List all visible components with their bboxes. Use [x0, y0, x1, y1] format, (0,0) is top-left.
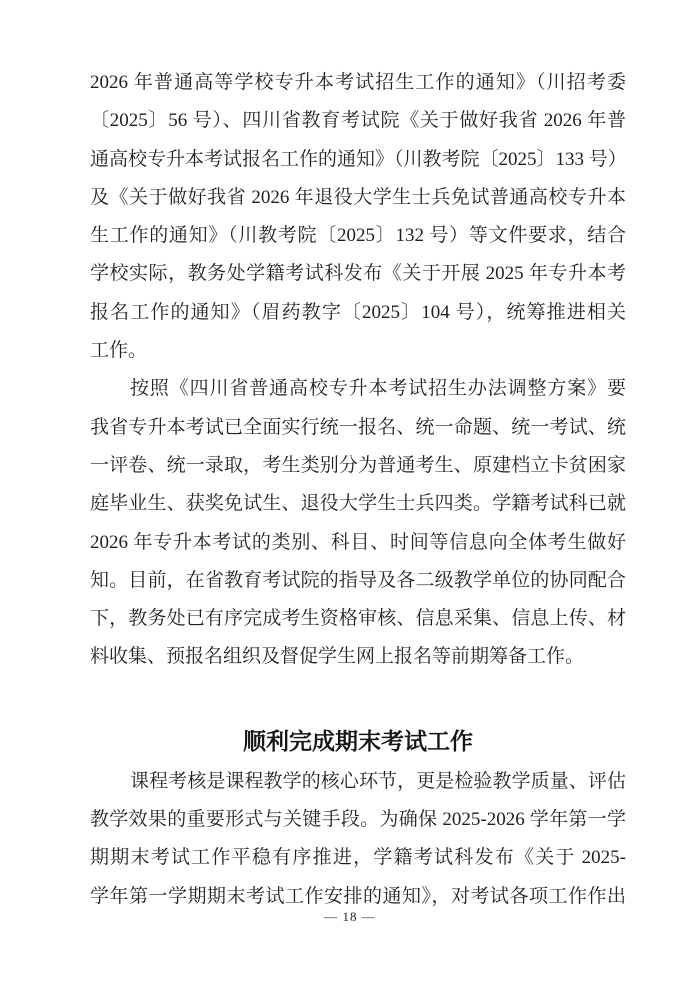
document-page: 2026 年普通高等学校专升本考试招生工作的通知》（川招考委〔2025〕56 号…	[0, 0, 700, 989]
text-line: 学校实际，教务处学籍考试科发布《关于开展 2025 年专升本考试	[90, 255, 626, 293]
section-heading: 顺利完成期末考试工作	[90, 721, 626, 761]
text-line: 〔2025〕56 号）、四川省教育考试院《关于做好我省 2026 年普	[90, 102, 626, 140]
text-line: 工作。	[90, 332, 626, 370]
text-line: 一评卷、统一录取，考生类别分为普通考生、原建档立卡贫困家	[90, 447, 626, 485]
text-line: 下，教务处已有序完成考生资格审核、信息采集、信息上传、材	[90, 600, 626, 638]
text-line: 通高校专升本考试报名工作的通知》（川教考院〔2025〕133 号）	[90, 141, 626, 179]
text-line: 报名工作的通知》（眉药教字〔2025〕104 号），统筹推进相关	[90, 294, 626, 332]
paragraph: 2026 年普通高等学校专升本考试招生工作的通知》（川招考委〔2025〕56 号…	[90, 64, 626, 370]
text-line: 庭毕业生、获奖免试生、退役大学生士兵四类。学籍考试科已就	[90, 485, 626, 523]
text-line: 知。目前，在省教育考试院的指导及各二级教学单位的协同配合	[90, 562, 626, 600]
document-body: 2026 年普通高等学校专升本考试招生工作的通知》（川招考委〔2025〕56 号…	[90, 64, 626, 916]
text-line: 课程考核是课程教学的核心环节，更是检验教学质量、评估	[90, 763, 626, 801]
text-line: 及《关于做好我省 2026 年退役大学生士兵免试普通高校专升本招	[90, 179, 626, 217]
text-line: 期期末考试工作平稳有序推进，学籍考试科发布《关于 2025-2026	[90, 839, 626, 877]
page-number: — 18 —	[0, 909, 700, 925]
paragraph: 按照《四川省普通高校专升本考试招生办法调整方案》要求，我省专升本考试已全面实行统…	[90, 370, 626, 676]
text-line: 我省专升本考试已全面实行统一报名、统一命题、统一考试、统	[90, 409, 626, 447]
text-line: 2026 年专升本考试的类别、科目、时间等信息向全体考生做好通	[90, 524, 626, 562]
text-line: 生工作的通知》（川教考院〔2025〕132 号）等文件要求，结合	[90, 217, 626, 255]
text-line: 教学效果的重要形式与关键手段。为确保 2025-2026 学年第一学	[90, 801, 626, 839]
paragraph: 课程考核是课程教学的核心环节，更是检验教学质量、评估教学效果的重要形式与关键手段…	[90, 763, 626, 916]
text-line: 按照《四川省普通高校专升本考试招生办法调整方案》要求，	[90, 370, 626, 408]
text-line: 料收集、预报名组织及督促学生网上报名等前期筹备工作。	[90, 638, 626, 676]
text-line: 2026 年普通高等学校专升本考试招生工作的通知》（川招考委	[90, 64, 626, 102]
